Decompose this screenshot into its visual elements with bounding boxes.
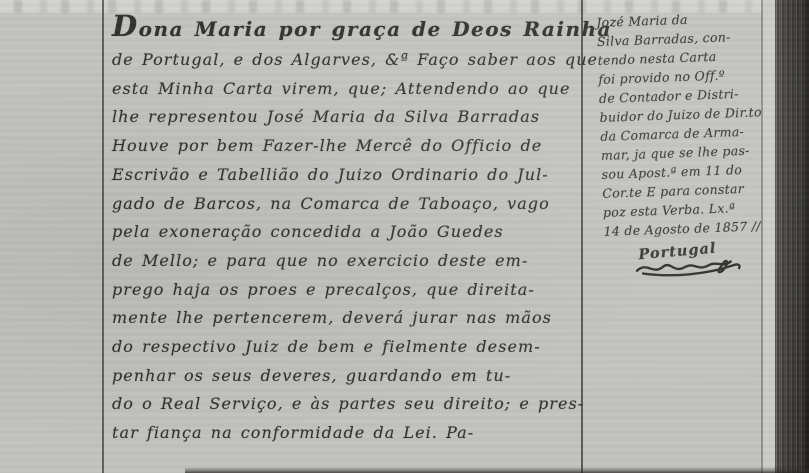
text-line: Escrivão e Tabellião do Juizo Ordinario … [112,161,576,190]
text-line: de Portugal, e dos Algarves, &ª Faço sab… [112,46,576,75]
text-line: de Mello; e para que no exercicio deste … [112,247,576,276]
text-line: gado de Barcos, na Comarca de Taboaço, v… [112,190,576,219]
main-text-block: Dona Maria por graça de Deos Rainha de P… [112,9,576,448]
bottom-edge-shadow [185,467,809,473]
text-line: do o Real Serviço, e às partes seu direi… [112,390,576,419]
text-line: penhar os seus deveres, guardando em tu- [112,362,576,391]
text-line: Dona Maria por graça de Deos Rainha [112,9,576,46]
book-page-edges [775,0,809,473]
left-margin-rule [102,0,104,473]
text-line: esta Minha Carta virem, que; Attendendo … [112,75,576,104]
manuscript-page: Dona Maria por graça de Deos Rainha de P… [0,0,809,473]
text-line: Houve por bem Fazer-lhe Mercê do Officio… [112,132,576,161]
margin-note-block: Jozé Maria da Silva Barradas, con- tendo… [596,7,775,281]
text-line: mente lhe pertencerem, deverá jurar nas … [112,304,576,333]
text-line: prego haja os proes e precalços, que dir… [112,276,576,305]
text-line: pela exoneração concedida a João Guedes [112,218,576,247]
text-line: do respectivo Juiz de bem e fielmente de… [112,333,576,362]
text-line: tar fiança na conformidade da Lei. Pa- [112,419,576,448]
text-line: lhe representou José Maria da Silva Barr… [112,103,576,132]
